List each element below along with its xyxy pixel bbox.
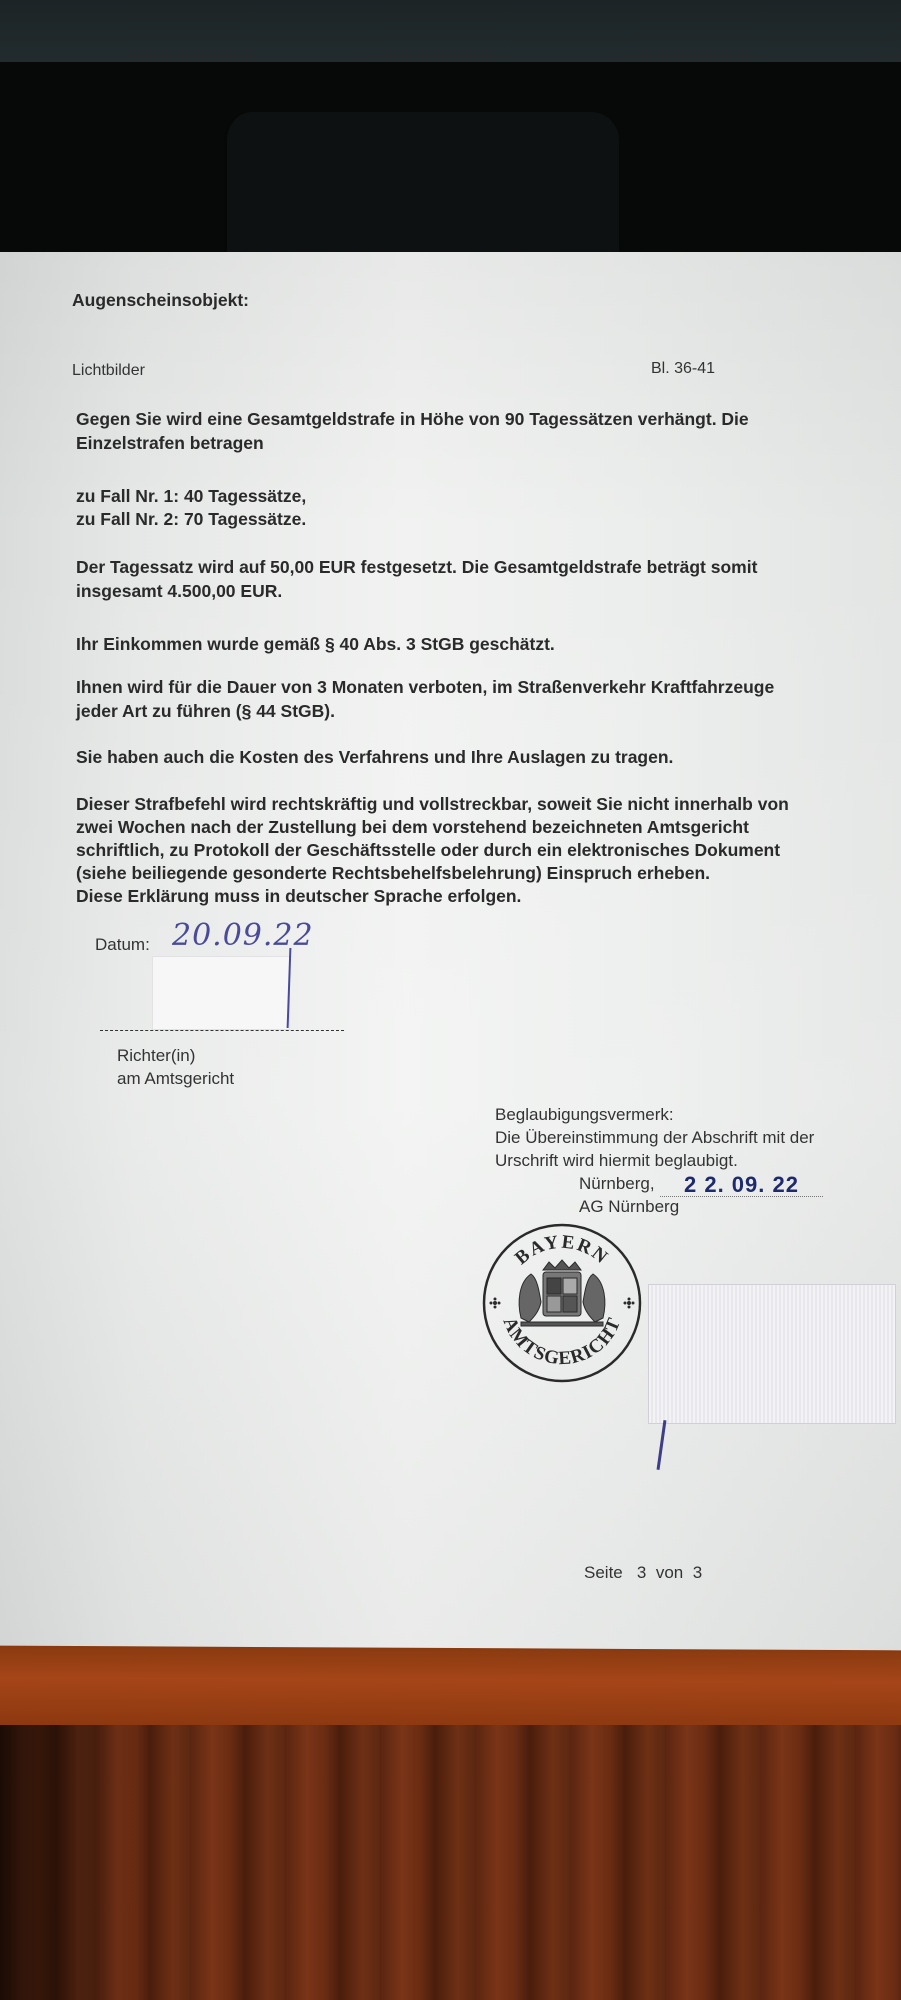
court-seal-bayern-amtsgericht-icon: BAYERN AMTSGERICHT — [481, 1222, 643, 1384]
income-estimate: Ihr Einkommen wurde gemäß § 40 Abs. 3 St… — [76, 633, 555, 656]
certification-title: Beglaubigungsvermerk: — [495, 1103, 674, 1126]
certification-line-1: Die Übereinstimmung der Abschrift mit de… — [495, 1126, 814, 1149]
certification-court: AG Nürnberg — [579, 1195, 679, 1218]
driving-ban-line-1: Ihnen wird für die Dauer von 3 Monaten v… — [76, 676, 774, 699]
appeal-notice-line-3: schriftlich, zu Protokoll der Geschäftss… — [76, 839, 780, 862]
appeal-notice-line-2: zwei Wochen nach der Zustellung bei dem … — [76, 816, 749, 839]
exhibit-heading: Augenscheinsobjekt: — [72, 289, 249, 312]
judge-role-line-1: Richter(in) — [117, 1044, 195, 1067]
daily-rate-line-1: Der Tagessatz wird auf 50,00 EUR festges… — [76, 556, 757, 579]
page-total: 3 — [693, 1563, 702, 1582]
background-top-strip — [0, 0, 901, 62]
daily-rate-line-2: insgesamt 4.500,00 EUR. — [76, 580, 282, 603]
signature-line — [100, 1030, 344, 1031]
date-label: Datum: — [95, 933, 150, 956]
document-page: Augenscheinsobjekt: Lichtbilder Bl. 36-4… — [0, 252, 901, 1658]
page-of: von — [656, 1563, 683, 1582]
redacted-certifier-signature — [648, 1284, 896, 1424]
background-dark-object — [224, 112, 619, 262]
certification-line-2: Urschrift wird hiermit beglaubigt. — [495, 1149, 738, 1172]
redacted-signature — [152, 956, 290, 1030]
appeal-notice-line-5: Diese Erklärung muss in deutscher Sprach… — [76, 885, 521, 908]
penalty-line-2: Einzelstrafen betragen — [76, 432, 264, 455]
appeal-notice-line-4: (siehe beiliegende gesonderte Rechtsbehe… — [76, 862, 710, 885]
handwritten-date: 20.09.22 — [172, 918, 314, 953]
penalty-line-1: Gegen Sie wird eine Gesamtgeldstrafe in … — [76, 408, 749, 431]
page-label: Seite — [584, 1563, 623, 1582]
exhibit-item: Lichtbilder — [72, 359, 145, 382]
certification-stamp-date: 2 2. 09. 22 — [684, 1172, 799, 1198]
certifier-signature-stroke — [657, 1420, 667, 1470]
costs-statement: Sie haben auch die Kosten des Verfahrens… — [76, 746, 673, 769]
appeal-notice-line-1: Dieser Strafbefehl wird rechtskräftig un… — [76, 793, 789, 816]
page-number: Seite 3 von 3 — [584, 1561, 702, 1584]
judge-role-line-2: am Amtsgericht — [117, 1067, 234, 1090]
case-1-penalty: zu Fall Nr. 1: 40 Tagessätze, — [76, 485, 306, 508]
case-2-penalty: zu Fall Nr. 2: 70 Tagessätze. — [76, 508, 306, 531]
background-table-edge — [0, 1646, 901, 1731]
driving-ban-line-2: jeder Art zu führen (§ 44 StGB). — [76, 700, 335, 723]
exhibit-reference: Bl. 36-41 — [651, 357, 715, 380]
page-current: 3 — [637, 1563, 646, 1582]
certification-place: Nürnberg, — [579, 1172, 655, 1195]
